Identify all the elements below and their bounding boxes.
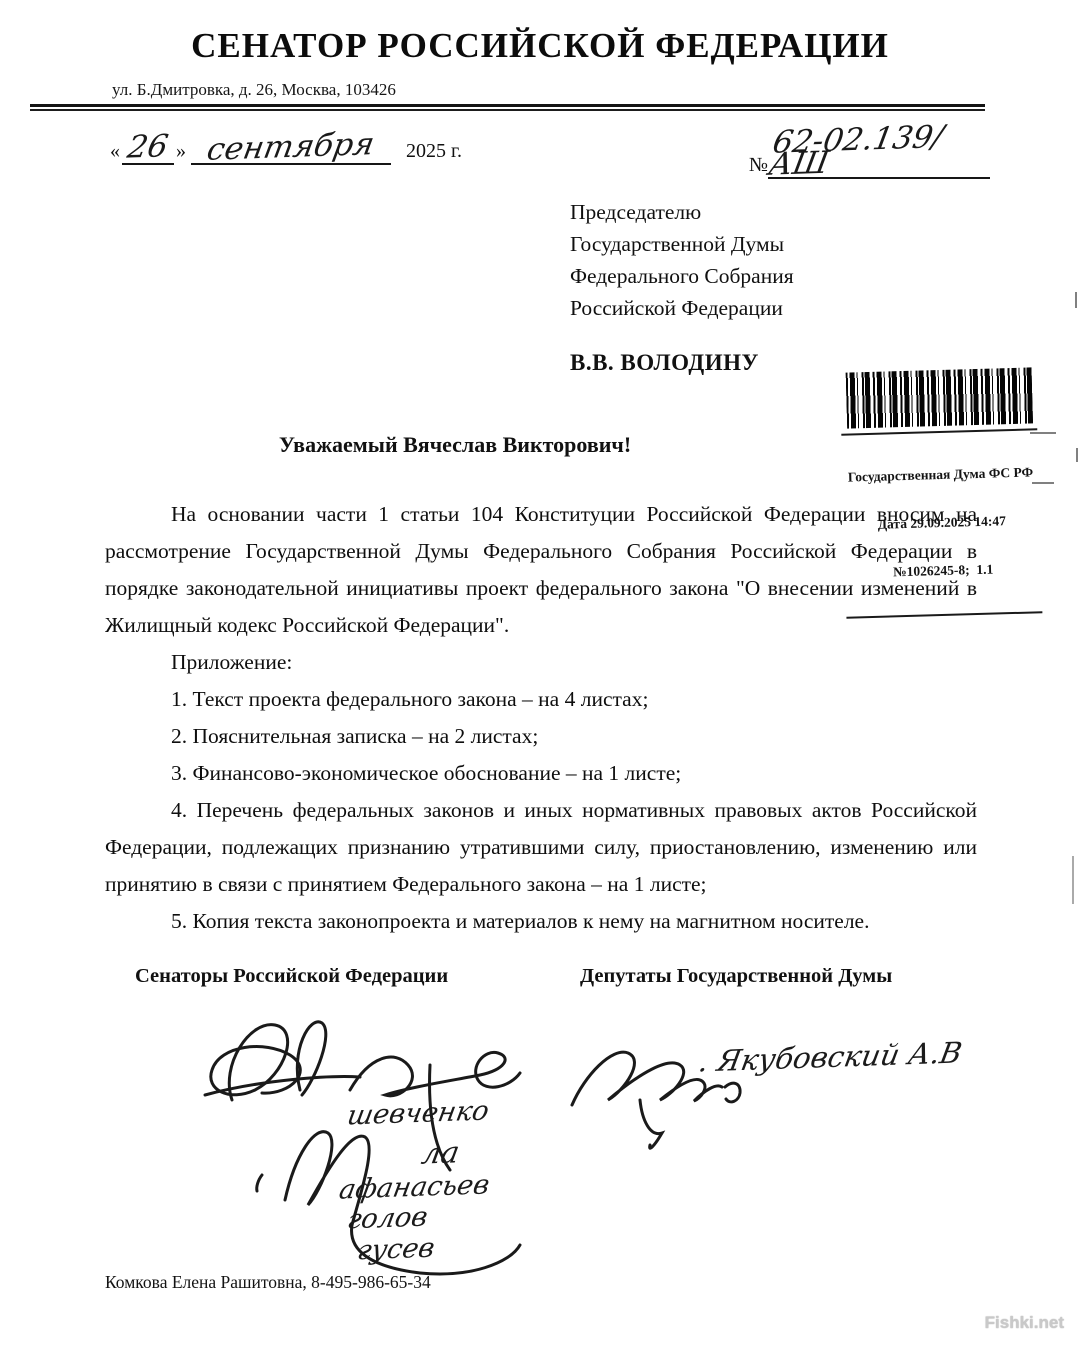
recipient-name: В.В. ВОЛОДИНУ — [570, 350, 759, 376]
body-paragraph: На основании части 1 статьи 104 Конститу… — [105, 496, 977, 644]
addressee-block: Председателю Государственной Думы Федера… — [570, 196, 794, 324]
scan-artifact — [1030, 432, 1056, 434]
letterhead-title: СЕНАТОР РОССИЙСКОЙ ФЕДЕРАЦИИ — [0, 26, 1080, 66]
deputies-header: Депутаты Государственной Думы — [580, 965, 892, 988]
attachments-label: Приложение: — [105, 644, 977, 681]
dateline: «26» сентября 2025 г. №62-02.139/АШ — [110, 118, 990, 178]
attachment-item: 1. Текст проекта федерального закона – н… — [105, 681, 977, 718]
attachment-item: 3. Финансово-экономическое обоснование –… — [105, 755, 977, 792]
barcode — [846, 367, 1033, 428]
scan-artifact — [1032, 482, 1054, 484]
open-quote: « — [110, 140, 120, 162]
number-field: №62-02.139/АШ — [749, 128, 990, 179]
handwritten-name: голов — [345, 1202, 430, 1236]
year-label: 2025 г. — [406, 140, 462, 162]
senators-header: Сенаторы Российской Федерации — [135, 965, 448, 988]
handwritten-name: ла — [419, 1135, 462, 1171]
handwritten-number: 62-02.139/АШ — [767, 124, 994, 176]
scan-artifact — [1076, 448, 1078, 462]
salutation: Уважаемый Вячеслав Викторович! — [105, 432, 805, 458]
attachment-item: 5. Копия текста законопроекта и материал… — [105, 903, 977, 940]
addressee-line: Государственной Думы — [570, 228, 794, 260]
site-watermark: Fishki.net — [985, 1313, 1064, 1333]
handwritten-day: 26 — [126, 135, 170, 158]
executor-contact: Комкова Елена Рашитовна, 8-495-986-65-34 — [105, 1272, 431, 1293]
attachment-item: 2. Пояснительная записка – на 2 листах; — [105, 718, 977, 755]
date-field: «26» сентября 2025 г. — [110, 136, 462, 165]
letterhead-divider — [30, 104, 985, 111]
addressee-line: Председателю — [570, 196, 794, 228]
scanned-letter-page: СЕНАТОР РОССИЙСКОЙ ФЕДЕРАЦИИ ул. Б.Дмитр… — [0, 0, 1080, 1345]
addressee-line: Российской Федерации — [570, 292, 794, 324]
handwritten-name: афанасьев — [337, 1169, 492, 1205]
letterhead-address: ул. Б.Дмитровка, д. 26, Москва, 103426 — [112, 80, 396, 100]
scan-artifact — [1075, 292, 1077, 308]
number-sign: № — [749, 154, 768, 176]
handwritten-name: гусев — [355, 1233, 437, 1267]
handwritten-month: сентября — [206, 133, 376, 161]
stamp-org: Государственная Дума ФС РФ — [842, 464, 1038, 485]
handwritten-name: шевченко — [345, 1096, 492, 1132]
scan-artifact — [1072, 856, 1074, 904]
close-quote: » — [176, 140, 186, 162]
attachment-item: 4. Перечень федеральных законов и иных н… — [105, 792, 977, 903]
letter-body: На основании части 1 статьи 104 Конститу… — [105, 496, 977, 940]
addressee-line: Федерального Собрания — [570, 260, 794, 292]
